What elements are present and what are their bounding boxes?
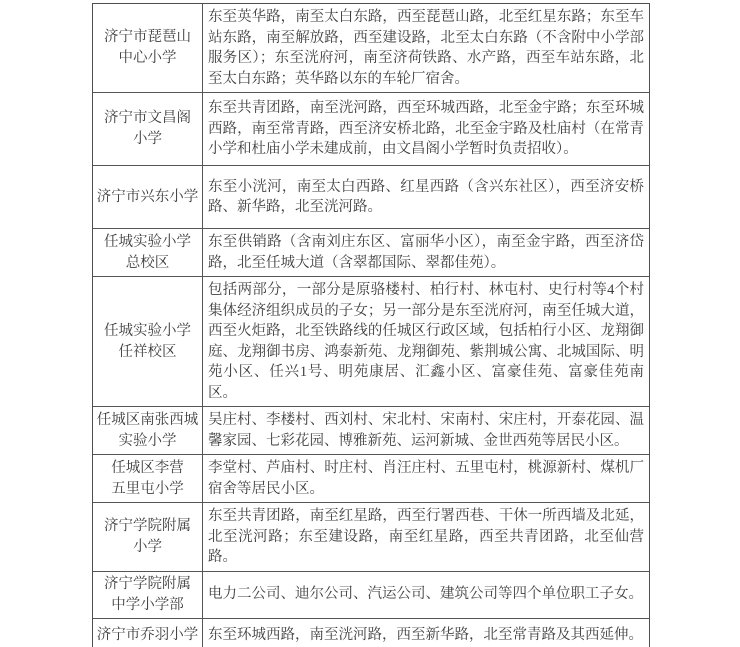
district-cell: 吴庄村、李楼村、西刘村、宋北村、宋南村、宋庄村，开泰花园、温馨家园、七彩花园、博… — [203, 407, 649, 454]
table-row: 任城区李营 五里屯小学 李堂村、芦庙村、时庄村、肖汪庄村、五里屯村，桃源新村、煤… — [93, 455, 649, 503]
school-name-cell: 济宁市乔羽小学 — [93, 619, 203, 647]
district-cell: 东至英华路，南至太白东路，西至琵琶山路，北至红星东路；东至车站东路，南至解放路，… — [203, 4, 649, 92]
district-text: 东至供销路（含南刘庄东区、富丽华小区），南至金宇路，西至济岱路，北至任城大道（含… — [208, 232, 644, 273]
district-text: 李堂村、芦庙村、时庄村、肖汪庄村、五里屯村，桃源新村、煤机厂宿舍等居民小区。 — [208, 458, 644, 499]
table-row: 任城实验小学 总校区 东至供销路（含南刘庄东区、富丽华小区），南至金宇路，西至济… — [93, 229, 649, 277]
district-text: 东至小洸河，南至太白西路、红星西路（含兴东社区），西至济安桥路、新华路，北至洸河… — [208, 177, 644, 218]
table-row: 济宁市文昌阁 小学 东至共青团路，南至洸河路，西至环城西路，北至金宇路；东至环城… — [93, 93, 649, 166]
district-cell: 东至小洸河，南至太白西路、红星西路（含兴东社区），西至济安桥路、新华路，北至洸河… — [203, 166, 649, 228]
district-cell: 东至环城西路，南至洸河路，西至新华路，北至常青路及其西延伸。 — [203, 619, 649, 647]
school-name-cell: 济宁学院附属 中学小学部 — [93, 572, 203, 618]
school-name-cell: 任城实验小学 任祥校区 — [93, 277, 203, 406]
district-cell: 包括两部分，一部分是原骆楼村、柏行村、林屯村、史行村等4个村集体经济组织成员的子… — [203, 277, 649, 406]
district-cell: 东至共青团路，南至红星路，西至行署西巷、干休一所西墙及北延，北至洸河路；东至建设… — [203, 503, 649, 571]
district-text: 吴庄村、李楼村、西刘村、宋北村、宋南村、宋庄村，开泰花园、温馨家园、七彩花园、博… — [208, 410, 644, 451]
table-row: 任城区南张西城 实验小学 吴庄村、李楼村、西刘村、宋北村、宋南村、宋庄村，开泰花… — [93, 407, 649, 455]
district-cell: 东至共青团路，南至洸河路，西至环城西路，北至金宇路；东至环城西路，南至常青路，西… — [203, 93, 649, 165]
district-text: 电力二公司、迪尔公司、汽运公司、建筑公司等四个单位职工子女。 — [208, 584, 644, 605]
school-name-cell: 济宁学院附属 小学 — [93, 503, 203, 571]
district-text: 东至共青团路，南至红星路，西至行署西巷、干休一所西墙及北延，北至洸河路；东至建设… — [208, 506, 644, 568]
table-row: 济宁市兴东小学 东至小洸河，南至太白西路、红星西路（含兴东社区），西至济安桥路、… — [93, 166, 649, 229]
district-cell: 李堂村、芦庙村、时庄村、肖汪庄村、五里屯村，桃源新村、煤机厂宿舍等居民小区。 — [203, 455, 649, 502]
district-text: 包括两部分，一部分是原骆楼村、柏行村、林屯村、史行村等4个村集体经济组织成员的子… — [208, 280, 644, 403]
school-name-cell: 任城区李营 五里屯小学 — [93, 455, 203, 502]
table-row: 济宁市乔羽小学 东至环城西路，南至洸河路，西至新华路，北至常青路及其西延伸。 — [93, 619, 649, 647]
district-cell: 东至供销路（含南刘庄东区、富丽华小区），南至金宇路，西至济岱路，北至任城大道（含… — [203, 229, 649, 276]
table-row: 任城实验小学 任祥校区 包括两部分，一部分是原骆楼村、柏行村、林屯村、史行村等4… — [93, 277, 649, 407]
school-district-table: 济宁市琵琶山 中心小学 东至英华路，南至太白东路，西至琵琶山路，北至红星东路；东… — [92, 3, 650, 647]
table-row: 济宁学院附属 中学小学部 电力二公司、迪尔公司、汽运公司、建筑公司等四个单位职工… — [93, 572, 649, 619]
table-row: 济宁市琵琶山 中心小学 东至英华路，南至太白东路，西至琵琶山路，北至红星东路；东… — [93, 4, 649, 93]
district-text: 东至环城西路，南至洸河路，西至新华路，北至常青路及其西延伸。 — [208, 625, 644, 646]
document-page: 济宁市琵琶山 中心小学 东至英华路，南至太白东路，西至琵琶山路，北至红星东路；东… — [0, 0, 740, 647]
school-name-cell: 任城区南张西城 实验小学 — [93, 407, 203, 454]
table-row: 济宁学院附属 小学 东至共青团路，南至红星路，西至行署西巷、干休一所西墙及北延，… — [93, 503, 649, 572]
school-name-cell: 任城实验小学 总校区 — [93, 229, 203, 276]
district-text: 东至英华路，南至太白东路，西至琵琶山路，北至红星东路；东至车站东路，南至解放路，… — [208, 7, 644, 89]
district-cell: 电力二公司、迪尔公司、汽运公司、建筑公司等四个单位职工子女。 — [203, 572, 649, 618]
school-name-cell: 济宁市琵琶山 中心小学 — [93, 4, 203, 92]
district-text: 东至共青团路，南至洸河路，西至环城西路，北至金宇路；东至环城西路，南至常青路，西… — [208, 98, 644, 160]
school-name-cell: 济宁市文昌阁 小学 — [93, 93, 203, 165]
school-name-cell: 济宁市兴东小学 — [93, 166, 203, 228]
